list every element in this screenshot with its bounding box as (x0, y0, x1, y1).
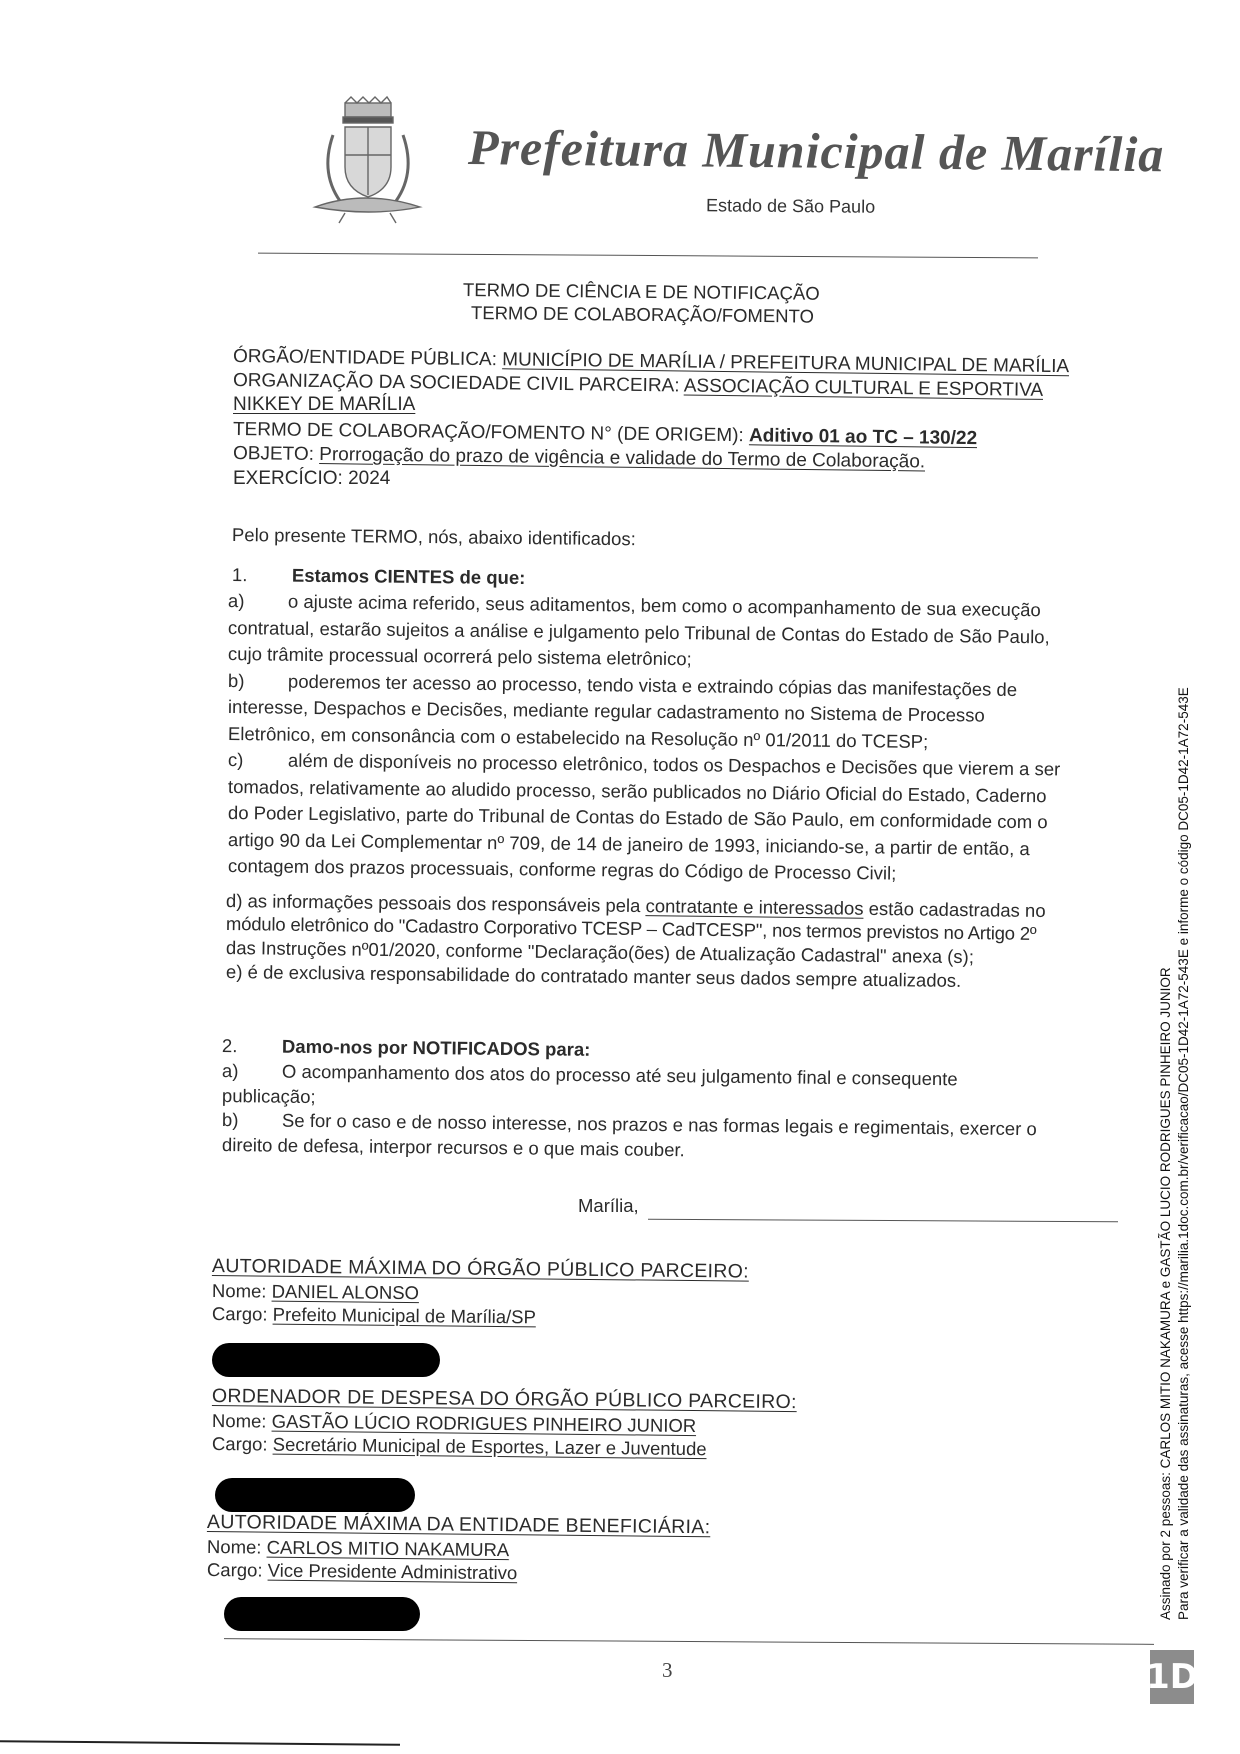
item-text: direito de defesa, interpor recursos e o… (222, 1134, 685, 1160)
paragraph-line: c)além de disponíveis no processo eletrô… (228, 749, 1060, 780)
item-text: Eletrônico, em consonância com o estabel… (228, 723, 928, 752)
signatory-role: Cargo: Secretário Municipal de Esportes,… (212, 1433, 707, 1460)
item-marker: a) (222, 1060, 282, 1083)
item-marker: b) (222, 1109, 282, 1132)
intro-text: Pelo presente TERMO, nós, abaixo identif… (232, 524, 636, 550)
paragraph-line: a)o ajuste acima referido, seus aditamen… (228, 590, 1041, 621)
section2-heading: 2.Damo-nos por NOTIFICADOS para: (222, 1035, 591, 1061)
paragraph-line: b)poderemos ter acesso ao processo, tend… (228, 670, 1017, 701)
paragraph-line: direito de defesa, interpor recursos e o… (222, 1134, 685, 1161)
page-number: 3 (662, 1658, 673, 1683)
item-marker: c) (228, 749, 288, 772)
1doc-logo-icon: 1D (1150, 1650, 1194, 1704)
signatory-role: Cargo: Vice Presidente Administrativo (207, 1559, 517, 1584)
osc-value-cont: NIKKEY DE MARÍLIA (233, 394, 415, 416)
letterhead-title: Prefeitura Municipal de Marília (468, 118, 1165, 183)
doc-subtitle: TERMO DE COLABORAÇÃO/FOMENTO (471, 302, 814, 328)
signatory-heading: ORDENADOR DE DESPESA DO ÓRGÃO PÚBLICO PA… (212, 1385, 797, 1413)
item-text: além de disponíveis no processo eletrôni… (288, 750, 1060, 780)
item-marker: b) (228, 670, 288, 693)
signatory-heading: AUTORIDADE MÁXIMA DA ENTIDADE BENEFICIÁR… (207, 1511, 711, 1538)
signature-stamp-line1: Assinado por 2 pessoas: CARLOS MITIO NAK… (1158, 967, 1173, 1620)
doc-title: TERMO DE CIÊNCIA E DE NOTIFICAÇÃO (463, 279, 820, 305)
paragraph-line: do Poder Legislativo, parte do Tribunal … (228, 802, 1048, 833)
paragraph-line: publicação; (222, 1085, 316, 1108)
signatory-name: Nome: CARLOS MITIO NAKAMURA (207, 1536, 509, 1561)
paragraph-line: contagem dos prazos processuais, conform… (228, 855, 897, 885)
document-page: Prefeitura Municipal de Marília Estado d… (0, 0, 1240, 1754)
item-text: tomados, relativamente ao aludido proces… (228, 776, 1047, 806)
field-exercicio: EXERCÍCIO: 2024 (233, 468, 390, 490)
paragraph-line: artigo 90 da Lei Complementar nº 709, de… (228, 829, 1030, 860)
orgao-value: MUNICÍPIO DE MARÍLIA / PREFEITURA MUNICI… (502, 349, 1069, 377)
item-text: o ajuste acima referido, seus aditamento… (288, 591, 1041, 621)
item-text: contratual, estarão sujeitos a análise e… (228, 617, 1050, 647)
item-text: Se for o caso e de nosso interesse, nos … (282, 1110, 1037, 1140)
item-text: poderemos ter acesso ao processo, tendo … (288, 670, 1017, 699)
paragraph-line: cujo trâmite processual ocorrerá pelo si… (228, 643, 692, 670)
paragraph-line: a)O acompanhamento dos atos do processo … (222, 1060, 958, 1090)
item-text: publicação; (222, 1085, 316, 1107)
scan-edge-line (0, 1740, 400, 1745)
redacted-signature-2 (215, 1478, 415, 1512)
paragraph-line: tomados, relativamente ao aludido proces… (228, 776, 1047, 807)
signatory-name: Nome: DANIEL ALONSO (212, 1280, 419, 1304)
section1-heading: 1.Estamos CIENTES de que: (232, 564, 526, 589)
item-text: cujo trâmite processual ocorrerá pelo si… (228, 643, 692, 669)
item-text: do Poder Legislativo, parte do Tribunal … (228, 802, 1048, 832)
paragraph-line: interesse, Despachos e Decisões, mediant… (228, 696, 985, 727)
date-blank-line[interactable] (648, 1219, 1118, 1222)
item-text: artigo 90 da Lei Complementar nº 709, de… (228, 829, 1030, 859)
coat-of-arms-icon (305, 95, 430, 225)
paragraph-line: contratual, estarão sujeitos a análise e… (228, 617, 1050, 648)
header-divider (258, 253, 1038, 259)
redacted-signature-1 (212, 1343, 440, 1377)
item-text: O acompanhamento dos atos do processo at… (282, 1061, 958, 1090)
signatory-heading: AUTORIDADE MÁXIMA DO ÓRGÃO PÚBLICO PARCE… (212, 1255, 749, 1283)
footer-divider (224, 1638, 1154, 1645)
item-text: interesse, Despachos e Decisões, mediant… (228, 696, 985, 726)
place-date-label: Marília, (578, 1195, 639, 1217)
redacted-signature-3 (224, 1597, 420, 1631)
signature-stamp-line2[interactable]: Para verificar a validade das assinatura… (1176, 687, 1191, 1620)
paragraph-line: Eletrônico, em consonância com o estabel… (228, 723, 928, 753)
signatory-role: Cargo: Prefeito Municipal de Marília/SP (212, 1303, 536, 1328)
osc-value: ASSOCIAÇÃO CULTURAL E ESPORTIVA (684, 376, 1044, 401)
letterhead-subtitle: Estado de São Paulo (706, 195, 875, 217)
item-marker: a) (228, 590, 288, 613)
termo-value: Aditivo 01 ao TC – 130/22 (749, 425, 977, 449)
item-text: contagem dos prazos processuais, conform… (228, 855, 897, 884)
